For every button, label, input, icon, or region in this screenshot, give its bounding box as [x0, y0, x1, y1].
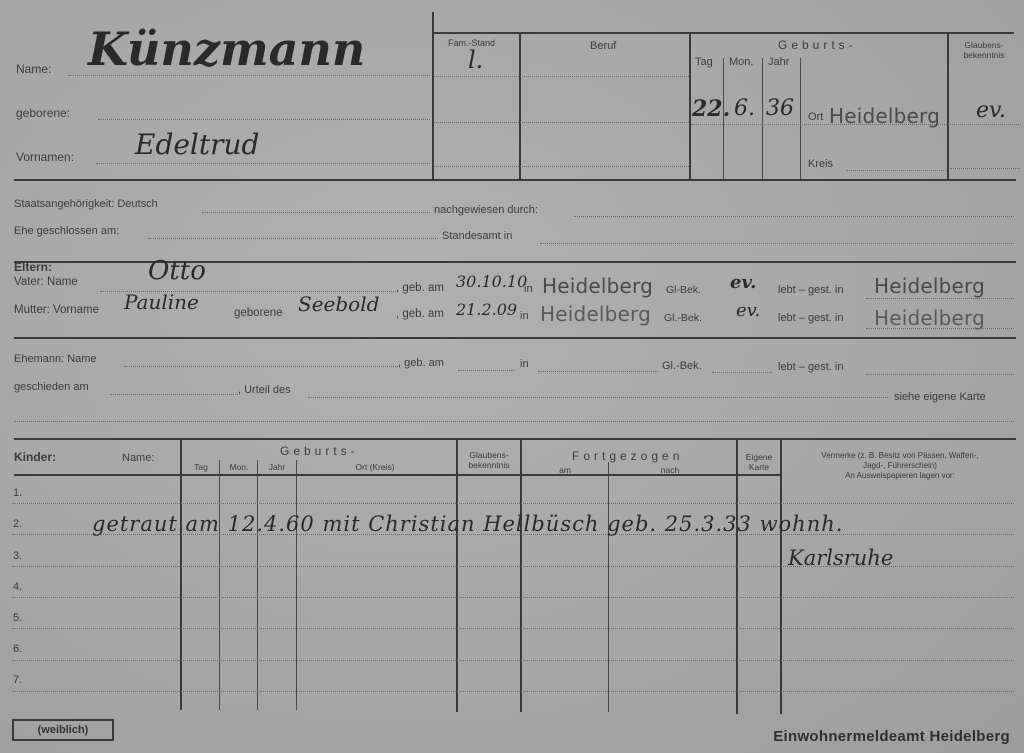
kinder-geburts-label: Geburts-: [280, 444, 359, 458]
registration-card: Name: Künzmann geborene: Vornamen: Edelt…: [0, 0, 1024, 753]
col-divider-beruf-geburts: [689, 34, 691, 179]
glaubens-label-line1: Glaubens-: [964, 40, 1003, 50]
ehemann-glbek-label: Gl.-Bek.: [662, 360, 702, 372]
birth-month-value: 6.: [734, 96, 755, 121]
vater-residence: Heidelberg: [874, 274, 985, 298]
kreis-line: [846, 170, 946, 171]
vornamen-label: Vornamen:: [16, 150, 74, 164]
nachgewiesen-line: [574, 216, 1014, 217]
mon-label: Mon.: [729, 56, 753, 68]
fortgezogen-label: Fortgezogen: [572, 449, 683, 463]
kinder-col-mon-jahr: [257, 460, 258, 710]
kinder-line-5: [12, 628, 1014, 629]
marriage-note-line-1: getraut am 12.4.60 mit Christian Hellbüs…: [92, 512, 843, 536]
col-divider-fam-beruf: [519, 34, 521, 179]
kinder-col-geburts-glaubens: [456, 440, 458, 712]
ehe-geschlossen-line: [148, 238, 438, 239]
kinder-line-1: [12, 503, 1014, 504]
vater-birth-place: Heidelberg: [542, 274, 653, 298]
mutter-geborene-label: geborene: [234, 307, 283, 319]
kinder-col-glaubens-fort: [520, 440, 522, 712]
kinder-jahr-label: Jahr: [260, 462, 294, 472]
gender-label: (weiblich): [14, 724, 112, 736]
ehemann-in-label: in: [520, 358, 529, 370]
surname-value: Künzmann: [88, 22, 365, 76]
kinder-glaubens-line1: Glaubens-: [469, 450, 508, 460]
vater-label: Vater: Name: [14, 276, 78, 288]
section-rule-1: [14, 179, 1016, 181]
mutter-name-value: Pauline: [124, 290, 199, 314]
birth-year-value: 36: [766, 96, 794, 121]
kinder-row-2: 2.: [13, 518, 22, 530]
vermerke-line1: Vermerke (z. B. Besitz von Pässen, Waffe…: [821, 451, 978, 460]
kinder-col-eigene-vermerke: [780, 440, 782, 714]
jahr-label: Jahr: [768, 56, 789, 68]
vater-birth-date: 30.10.10: [456, 272, 527, 291]
table-row-line-3: [434, 166, 689, 167]
vater-in-label: in: [524, 283, 533, 295]
geburts-label: Geburts-: [778, 38, 857, 52]
mutter-birth-date: 21.2.09: [456, 300, 517, 319]
vermerke-line3: An Ausweispapieren lagen vor:: [845, 471, 955, 480]
vermerke-line2: Jagd-, Führerschein): [863, 461, 937, 470]
mutter-maiden-name: Seebold: [298, 292, 379, 316]
kinder-title: Kinder:: [14, 450, 56, 464]
ehemann-in-line: [538, 371, 658, 372]
section-rule-4: [14, 438, 1016, 440]
marriage-note-line-2: Karlsruhe: [788, 546, 893, 570]
kinder-mon-label: Mon.: [222, 462, 256, 472]
vornamen-value: Edeltrud: [135, 128, 259, 161]
vater-religion-value: ev.: [730, 272, 756, 293]
eigene-karte-line1: Eigene: [746, 452, 772, 462]
vater-name-value: Otto: [148, 256, 206, 286]
col-divider-mon-jahr: [762, 58, 763, 179]
vater-residence-line: [866, 298, 1014, 299]
mutter-label: Mutter: Vorname: [14, 304, 99, 316]
ehemann-extra-line: [14, 421, 1014, 422]
mutter-religion-value: ev.: [736, 300, 760, 321]
ehemann-glbek-line: [712, 372, 772, 373]
fam-stand-value: l.: [468, 46, 483, 74]
siehe-eigene-karte-label: siehe eigene Karte: [894, 391, 986, 403]
mutter-birth-place: Heidelberg: [540, 302, 651, 326]
fortgezogen-am-label: am: [550, 465, 580, 475]
ehemann-geb-label: , geb. am: [398, 357, 444, 369]
issuing-office-label: Einwohnermeldeamt Heidelberg: [773, 728, 1010, 745]
birth-day-value: 22.: [692, 96, 730, 122]
kinder-row-4: 4.: [13, 581, 22, 593]
geborene-line: [98, 119, 430, 120]
section-rule-3: [14, 337, 1016, 339]
staats-line: [202, 212, 430, 213]
glaubens-label: Glaubens-bekenntnis: [954, 40, 1014, 60]
beruf-label: Beruf: [590, 40, 616, 52]
vornamen-line: [96, 163, 430, 164]
name-line: [68, 75, 430, 76]
geschieden-label: geschieden am: [14, 381, 89, 393]
kinder-line-7: [12, 691, 1014, 692]
table-row-line-1: [434, 76, 689, 77]
col-divider-jahr-ort: [800, 58, 801, 179]
ehe-geschlossen-label: Ehe geschlossen am:: [14, 225, 119, 237]
kinder-col-tag-mon: [219, 460, 220, 710]
kinder-col-jahr-ort: [296, 460, 297, 710]
table-top-rule: [434, 32, 1014, 34]
ehemann-geb-line: [458, 370, 514, 371]
tag-label: Tag: [695, 56, 713, 68]
vater-glbek-label: Gl-Bek.: [666, 284, 701, 296]
kinder-col-am-nach: [608, 462, 609, 712]
kinder-row-1: 1.: [13, 487, 22, 499]
mutter-residence: Heidelberg: [874, 306, 985, 330]
eigene-karte-label: EigeneKarte: [740, 452, 778, 472]
kinder-row-5: 5.: [13, 612, 22, 624]
kinder-name-label: Name:: [122, 452, 154, 464]
urteil-label: , Urteil des: [238, 384, 291, 396]
religion-value: ev.: [976, 98, 1006, 123]
ehemann-lebt-label: lebt – gest. in: [778, 361, 843, 373]
ort-label: Ort: [808, 111, 823, 123]
mutter-glbek-label: Gl.-Bek.: [664, 312, 702, 324]
kinder-col-name-divider: [180, 440, 182, 710]
table-border-left: [432, 12, 434, 179]
nachgewiesen-label: nachgewiesen durch:: [434, 204, 538, 216]
geschieden-line: [110, 394, 238, 395]
vater-lebt-label: lebt – gest. in: [778, 284, 843, 296]
kinder-row-3: 3.: [13, 550, 22, 562]
standesamt-label: Standesamt in: [442, 230, 512, 242]
mutter-lebt-label: lebt – gest. in: [778, 312, 843, 324]
eigene-karte-line2: Karte: [749, 462, 769, 472]
name-label: Name:: [16, 62, 51, 76]
vater-geb-label: , geb. am: [396, 282, 444, 294]
urteil-line: [308, 397, 888, 398]
table-row-line-2: [434, 122, 689, 123]
kinder-col-fort-eigene: [736, 440, 738, 714]
ehemann-name-line: [124, 366, 398, 367]
fortgezogen-nach-label: nach: [650, 465, 690, 475]
mutter-residence-line: [866, 328, 1014, 329]
gender-box: (weiblich): [12, 719, 114, 741]
col-divider-geburts-glaubens: [947, 34, 949, 179]
mutter-in-label: in: [520, 310, 529, 322]
kinder-row-6: 6.: [13, 643, 22, 655]
glaubens-label-line2: bekenntnis: [963, 50, 1004, 60]
kinder-tag-label: Tag: [186, 462, 216, 472]
mutter-geb-label: , geb. am: [396, 308, 444, 320]
kinder-line-6: [12, 660, 1014, 661]
kinder-row-7: 7.: [13, 674, 22, 686]
ehemann-label: Ehemann: Name: [14, 353, 97, 365]
kreis-label: Kreis: [808, 158, 833, 170]
kinder-glaubens-label: Glaubens-bekenntnis: [460, 450, 518, 470]
vermerke-label: Vermerke (z. B. Besitz von Pässen, Waffe…: [786, 451, 1014, 481]
eltern-title: Eltern:: [14, 260, 52, 274]
ehemann-lebt-line: [866, 374, 1014, 375]
staats-label: Staatsangehörigkeit: Deutsch: [14, 198, 158, 210]
glaubens-row-line: [950, 168, 1020, 169]
kinder-line-4: [12, 597, 1014, 598]
kinder-glaubens-line2: bekenntnis: [468, 460, 509, 470]
kinder-ort-label: Ort (Kreis): [300, 462, 450, 472]
geborene-label: geborene:: [16, 106, 70, 120]
standesamt-line: [540, 243, 1014, 244]
birth-place-value: Heidelberg: [829, 104, 940, 128]
